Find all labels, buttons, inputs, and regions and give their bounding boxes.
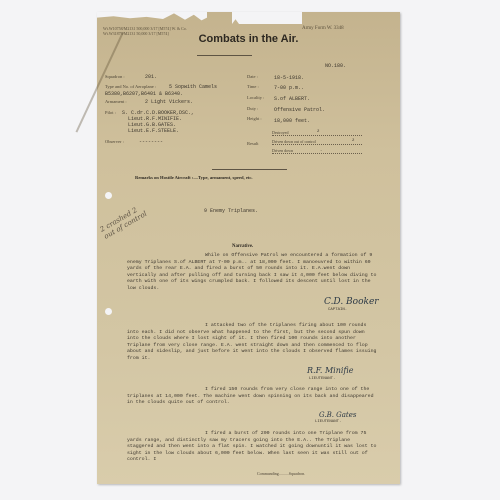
time-label: Time : (247, 84, 259, 89)
locality-value: S.of ALBERT. (274, 96, 310, 102)
result-destroyed-label: Destroyed (272, 130, 288, 135)
armament-value: 2 Light Vickers. (145, 99, 193, 105)
divider (197, 55, 252, 56)
remarks-heading: Remarks on Hostile Aircraft :—Type, arma… (135, 175, 253, 180)
narrative-paragraph: I fired 150 rounds from very close range… (127, 387, 377, 407)
result-driven-value: - (320, 149, 322, 153)
page-title: Combats in the Air. (97, 33, 400, 45)
aeroplane-serials-value: B5380,B6207,B6401 & B6340. (105, 91, 183, 97)
observer-label: Observer : (105, 139, 124, 144)
margin-note: 2 crashed 2 out of control (99, 199, 155, 240)
remarks-value: 9 Enemy Triplanes. (204, 208, 258, 214)
squadron-label: Squadron : (105, 74, 125, 79)
paper-crease (76, 32, 124, 133)
result-destroyed: Destroyed2 (272, 130, 362, 136)
time-value: 7-00 p.m.. (274, 85, 304, 91)
divider (212, 169, 287, 170)
signature: C.D. Booker (324, 297, 379, 307)
narrative-text: I attacked two of the triplanes firing a… (127, 323, 377, 363)
narrative-paragraph: While on Offensive Patrol we encountered… (127, 253, 377, 293)
signature-rank: LIEUTENANT. (315, 420, 341, 424)
narrative-text: While on Offensive Patrol we encountered… (127, 253, 377, 293)
squadron-value: 201. (145, 74, 157, 80)
duty-label: Duty : (247, 106, 258, 111)
locality-label: Locality : (247, 95, 264, 100)
signature: R.F. Minifie (307, 366, 354, 375)
narrative-paragraph: I fired a burst of 200 rounds into one T… (127, 431, 377, 464)
report-number: NO.180. (325, 63, 346, 69)
height-value: 18,000 feet. (274, 118, 310, 124)
result-driven-label: Driven down (272, 148, 293, 153)
signature-rank: CAPTAIN. (328, 308, 347, 312)
punch-hole (105, 308, 112, 315)
armament-label: Armament : (105, 99, 127, 104)
signature-rank: LIEUTENANT. (309, 377, 335, 381)
result-label: Result (247, 141, 259, 146)
narrative-heading: Narrative. (232, 244, 253, 249)
combat-report-page: Wt.W10758/M2131 500,000 3/17 [M574] W. &… (97, 12, 400, 484)
result-driven-down: Driven down- (272, 148, 362, 154)
duty-value: Offensive Patrol. (274, 107, 325, 113)
narrative-text: I fired a burst of 200 rounds into one T… (127, 431, 377, 464)
pilot-value: Lieut.E.F.STEELE. (128, 128, 179, 134)
form-number: Army Form W. 3348 (302, 26, 344, 31)
height-label: Height : (247, 116, 262, 121)
date-value: 18-5-1918. (274, 75, 304, 81)
narrative-paragraph: I attacked two of the triplanes firing a… (127, 323, 377, 363)
signature: G.B. Gates (319, 411, 356, 419)
narrative-text: I fired 150 rounds from very close range… (127, 387, 377, 407)
observer-value: -------- (139, 139, 163, 145)
result-ooc-value: 2 (352, 139, 354, 143)
torn-edge (232, 12, 302, 24)
torn-edge (97, 12, 207, 26)
aeroplane-type-value: 5 Sopwith Camels (169, 84, 217, 90)
pilot-label: Pilot : (105, 110, 116, 115)
aeroplane-type-label: Type and No. of Aeroplane : (105, 84, 156, 89)
result-ooc-label: Driven down out of control (272, 139, 316, 144)
result-destroyed-value: 2 (317, 130, 319, 134)
result-out-of-control: Driven down out of control2 (272, 139, 362, 145)
punch-hole (105, 192, 112, 199)
date-label: Date : (247, 74, 258, 79)
commanding-footer: Commanding..........Squadron. (257, 471, 305, 476)
